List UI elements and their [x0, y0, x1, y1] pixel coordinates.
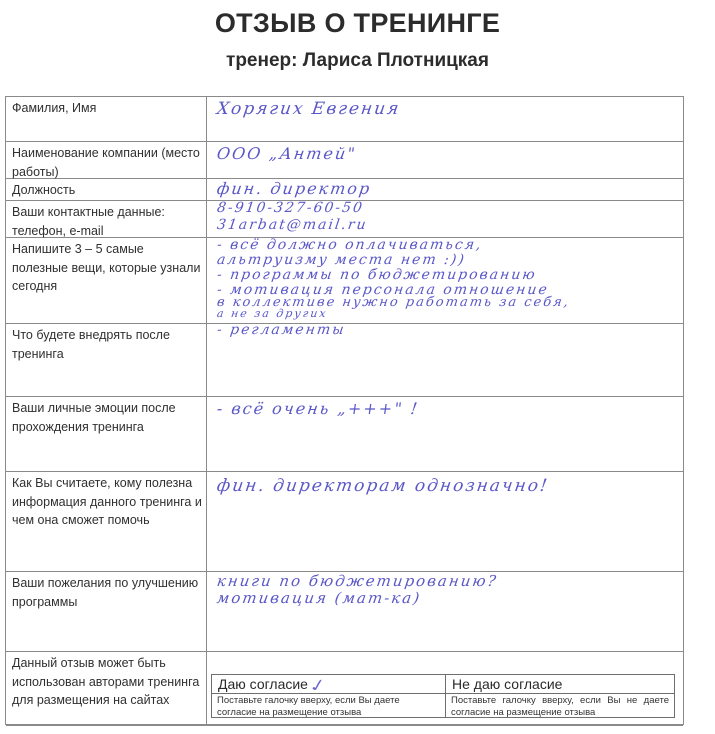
answer-line: фин. директорам однозначно!: [216, 476, 551, 496]
label-useful-things: Напишите 3 – 5 самые полезные вещи, кото…: [6, 238, 207, 323]
answer-line: - всё должно оплачиваться,: [216, 237, 484, 253]
row-wishes: Ваши пожелания по улучшению программы кн…: [6, 572, 683, 652]
row-emotions: Ваши личные эмоции после прохождения тре…: [6, 397, 683, 472]
row-usefulness: Как Вы считаете, кому полезна информация…: [6, 472, 683, 572]
field-wishes[interactable]: книги по бюджетированию? мотивация (мат-…: [207, 572, 683, 651]
field-emotions[interactable]: - всё очень „+++" !: [207, 397, 683, 471]
answer-line: - программы по бюджетированию: [216, 267, 538, 283]
field-usefulness[interactable]: фин. директорам однозначно!: [207, 472, 683, 571]
label-usefulness: Как Вы считаете, кому полезна информация…: [6, 472, 207, 571]
label-emotions: Ваши личные эмоции после прохождения тре…: [6, 397, 207, 471]
label-wishes: Ваши пожелания по улучшению программы: [6, 572, 207, 651]
field-implement[interactable]: - регламенты: [207, 324, 683, 396]
field-full-name[interactable]: Хорягих Евгения: [207, 97, 683, 141]
row-position: Должность фин. директор: [6, 179, 683, 201]
consent-agree-description: Поставьте галочку вверху, если Вы даете …: [212, 694, 445, 719]
consent-disagree-label: Не даю согласие: [446, 675, 674, 694]
answer-line: - всё очень „+++" !: [216, 399, 421, 418]
answer-email: 31arbat@mail.ru: [216, 217, 369, 233]
answer-line: а не за других: [216, 307, 328, 320]
answer-line: - регламенты: [216, 322, 347, 338]
row-useful-things: Напишите 3 – 5 самые полезные вещи, кото…: [6, 238, 683, 324]
label-implement: Что будете внедрять после тренинга: [6, 324, 207, 396]
consent-agree-label: Даю согласие: [212, 675, 445, 694]
row-contacts: Ваши контактные данные: телефон, e-mail …: [6, 201, 683, 238]
consent-disagree-option[interactable]: Не даю согласие Поставьте галочку вверху…: [446, 675, 674, 717]
answer-text: фин. директор: [216, 179, 373, 198]
row-company: Наименование компании (место работы) ООО…: [6, 142, 683, 179]
consent-disagree-description: Поставьте галочку вверху, если Вы не дае…: [446, 694, 674, 719]
consent-agree-option[interactable]: Даю согласие ✓ Поставьте галочку вверху,…: [212, 675, 446, 717]
label-company: Наименование компании (место работы): [6, 142, 207, 178]
row-implement: Что будете внедрять после тренинга - рег…: [6, 324, 683, 397]
row-full-name: Фамилия, Имя Хорягих Евгения: [6, 97, 683, 142]
label-position: Должность: [6, 179, 207, 200]
feedback-form-table: Фамилия, Имя Хорягих Евгения Наименовани…: [5, 96, 684, 725]
field-position[interactable]: фин. директор: [207, 179, 683, 200]
answer-line: альтруизму места нет :)): [216, 252, 467, 268]
answer-text: Хорягих Евгения: [216, 99, 402, 119]
answer-phone: 8-910-327-60-50: [216, 200, 365, 216]
label-contacts: Ваши контактные данные: телефон, e-mail: [6, 201, 207, 237]
label-consent: Данный отзыв может быть использован авто…: [6, 652, 207, 725]
trainer-subtitle: тренер: Лариса Плотницкая: [0, 50, 715, 72]
field-useful-things[interactable]: - всё должно оплачиваться, альтруизму ме…: [207, 238, 683, 323]
answer-line: книги по бюджетированию?: [216, 572, 499, 590]
field-company[interactable]: ООО „Антей": [207, 142, 683, 178]
label-full-name: Фамилия, Имя: [6, 97, 207, 141]
field-contacts[interactable]: 8-910-327-60-50 31arbat@mail.ru: [207, 201, 683, 237]
answer-line: мотивация (мат-ка): [216, 589, 423, 607]
form-title: ОТЗЫВ О ТРЕНИНГЕ: [0, 8, 715, 39]
answer-text: ООО „Антей": [216, 144, 358, 163]
consent-table: Даю согласие ✓ Поставьте галочку вверху,…: [211, 674, 675, 718]
